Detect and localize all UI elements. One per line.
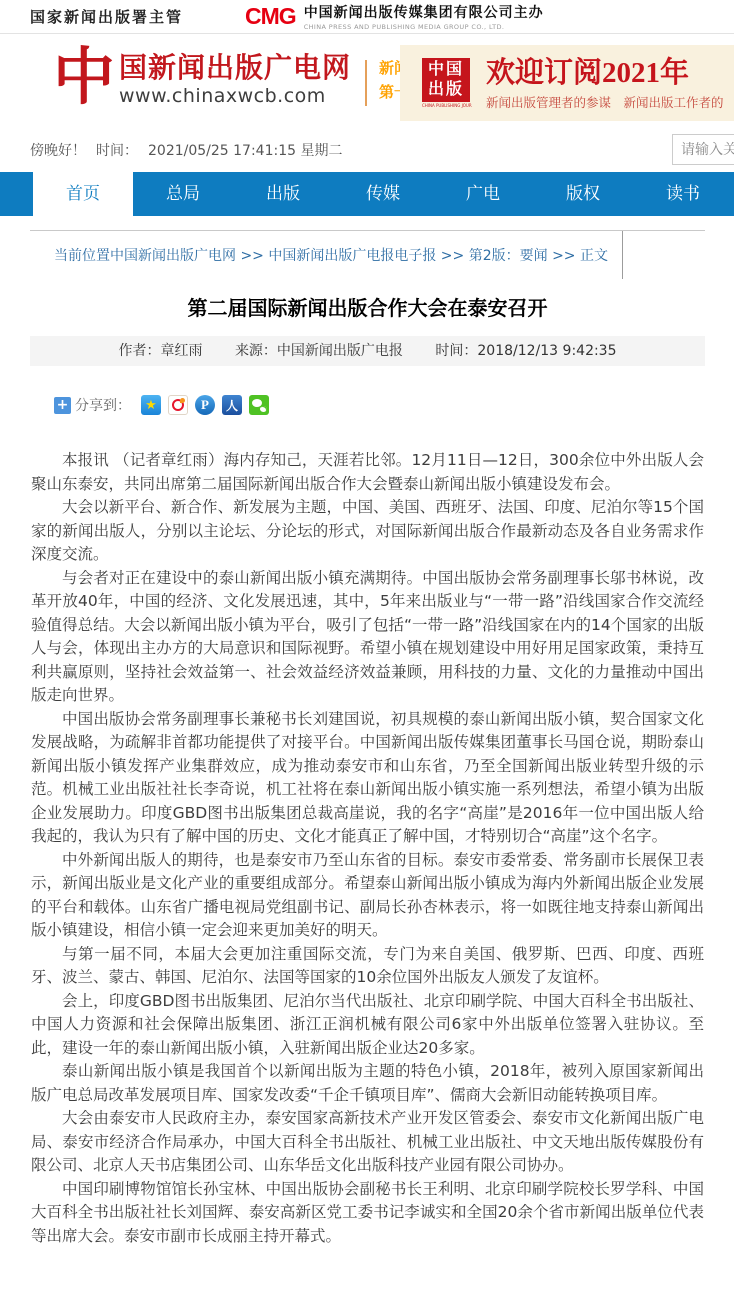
logo-texts: 国新闻出版广电网 www.chinaxwcb.com (119, 46, 351, 108)
article-source: 来源：中国新闻出版广电报 (235, 343, 403, 359)
banner-logo-box: 中国 出版 (422, 58, 470, 102)
weibo-icon[interactable] (168, 395, 188, 415)
cmg-logo: CMG (245, 3, 296, 30)
wechat-icon[interactable] (249, 395, 269, 415)
paragraph: 与第一届不同，本届大会更加注重国际交流，专门为来自美国、俄罗斯、巴西、印度、西班… (31, 943, 704, 990)
supervisor-text: 国家新闻出版署主管 (30, 6, 183, 27)
logo-site-url: www.chinaxwcb.com (119, 84, 351, 108)
nav-tab-chuanmei[interactable]: 传媒 (333, 172, 433, 216)
paragraph: 中国印刷博物馆馆长孙宝林、中国出版协会副秘书长王利明、北京印刷学院校长罗学科、中… (31, 1178, 704, 1249)
organizer-text-en: CHINA PRESS AND PUBLISHING MEDIA GROUP C… (304, 23, 544, 31)
article-meta-bar: 作者：章红雨 来源：中国新闻出版广电报 时间：2018/12/13 9:42:3… (30, 336, 705, 366)
breadcrumb-box: 当前位置中国新闻出版广电网 >> 中国新闻出版广电报电子报 >> 第2版：要闻 … (30, 230, 705, 278)
paragraph: 泰山新闻出版小镇是我国首个以新闻出版为主题的特色小镇，2018年，被列入原国家新… (31, 1060, 704, 1107)
logo-site-name: 国新闻出版广电网 (119, 54, 351, 84)
nav-tab-dushu[interactable]: 读书 (633, 172, 733, 216)
banner-headline: 欢迎订阅2021年 (486, 56, 724, 90)
nav-spacer (0, 172, 33, 216)
banner-logo-line1: 中国 (422, 60, 470, 80)
nav-tab-guangdian[interactable]: 广电 (433, 172, 533, 216)
paragraph: 大会由泰安市人民政府主办，泰安国家高新技术产业开发区管委会、泰安市文化新闻出版广… (31, 1107, 704, 1178)
article-author: 作者：章红雨 (118, 343, 202, 359)
share-row: + 分享到： ★ P 人 (30, 395, 705, 415)
paragraph: 中外新闻出版人的期待，也是泰安市乃至山东省的目标。泰安市委常委、常务副市长展保卫… (31, 849, 704, 943)
breadcrumb[interactable]: 当前位置中国新闻出版广电网 >> 中国新闻出版广电报电子报 >> 第2版：要闻 … (30, 245, 608, 265)
nav-tab-banquan[interactable]: 版权 (533, 172, 633, 216)
paragraph: 会上，印度GBD图书出版集团、尼泊尔当代出版社、北京印刷学院、中国大百科全书出版… (31, 990, 704, 1061)
article-body: 本报讯 （记者章红雨）海内存知己，天涯若比邻。12月11日—12日，300余位中… (30, 449, 705, 1248)
main-nav: 首页 总局 出版 传媒 广电 版权 读书 (0, 172, 734, 216)
banner-logo-subtext: CHINA PUBLISHING JOURNAL (422, 103, 472, 108)
subscription-banner-ad[interactable]: 中国 出版 CHINA PUBLISHING JOURNAL 欢迎订阅2021年… (400, 45, 734, 121)
time-value: 2021/05/25 17:41:15 星期二 (148, 140, 342, 160)
breadcrumb-divider (622, 231, 623, 279)
site-logo[interactable]: 中 国新闻出版广电网 www.chinaxwcb.com 新闻出版 第一门户 (53, 46, 439, 110)
nav-tab-chuban[interactable]: 出版 (233, 172, 333, 216)
organizer-block: 中国新闻出版传媒集团有限公司主办 CHINA PRESS AND PUBLISH… (304, 2, 544, 31)
nav-tab-zongju[interactable]: 总局 (133, 172, 233, 216)
status-bar: 傍晚好！ 时间： 2021/05/25 17:41:15 星期二 (0, 128, 734, 172)
logo-divider (365, 60, 367, 106)
logo-zhong-icon: 中 (53, 46, 115, 110)
article-title: 第二届国际新闻出版合作大会在泰安召开 (30, 292, 705, 321)
paragraph: 大会以新平台、新合作、新发展为主题，中国、美国、西班牙、法国、印度、尼泊尔等15… (31, 496, 704, 567)
banner-texts: 欢迎订阅2021年 新闻出版管理者的参谋 新闻出版工作者的 (486, 56, 724, 111)
banner-journal-logo: 中国 出版 CHINA PUBLISHING JOURNAL (422, 58, 472, 108)
nav-tab-home[interactable]: 首页 (33, 172, 133, 216)
paragraph: 本报讯 （记者章红雨）海内存知己，天涯若比邻。12月11日—12日，300余位中… (31, 449, 704, 496)
content-area: 当前位置中国新闻出版广电网 >> 中国新闻出版广电报电子报 >> 第2版：要闻 … (30, 230, 705, 1248)
share-label: 分享到： (75, 395, 131, 415)
banner-logo-line2: 出版 (422, 80, 470, 100)
organizer-text-cn: 中国新闻出版传媒集团有限公司主办 (304, 2, 544, 22)
article-time: 时间：2018/12/13 9:42:35 (435, 343, 616, 359)
qzone-icon[interactable]: ★ (141, 395, 161, 415)
search-input[interactable] (672, 134, 734, 165)
renren-icon[interactable]: 人 (222, 395, 242, 415)
site-header: 中 国新闻出版广电网 www.chinaxwcb.com 新闻出版 第一门户 中… (0, 34, 734, 128)
banner-subline: 新闻出版管理者的参谋 新闻出版工作者的 (486, 93, 724, 111)
top-bar: 国家新闻出版署主管 CMG 中国新闻出版传媒集团有限公司主办 CHINA PRE… (0, 0, 734, 34)
time-label: 时间： (96, 140, 138, 160)
paragraph: 与会者对正在建设中的泰山新闻出版小镇充满期待。中国出版协会常务副理事长邬书林说，… (31, 567, 704, 708)
page: 国家新闻出版署主管 CMG 中国新闻出版传媒集团有限公司主办 CHINA PRE… (0, 0, 734, 1290)
paragraph: 中国出版协会常务副理事长兼秘书长刘建国说，初具规模的泰山新闻出版小镇，契合国家文… (31, 708, 704, 849)
pengyou-icon[interactable]: P (195, 395, 215, 415)
share-more-icon[interactable]: + (54, 397, 71, 414)
greeting-text: 傍晚好！ (30, 140, 86, 160)
